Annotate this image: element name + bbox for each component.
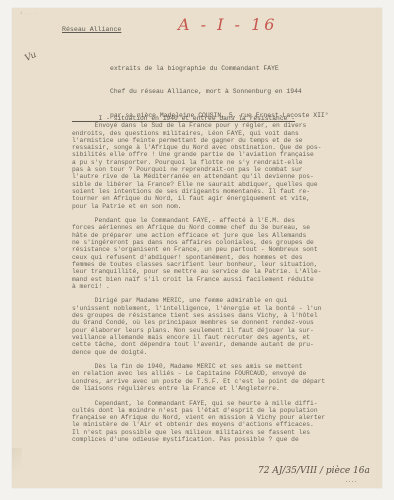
body-line: veillance allemande mais encore il faut …: [72, 334, 368, 341]
body-line: en relation avec les alliés - Le Capitai…: [72, 370, 368, 377]
body-line: leur tranquillité, pour se mettre au ser…: [72, 268, 368, 275]
body-line: Il n'est pas possible que les milieux mi…: [72, 429, 368, 436]
body-line: des groupes de résistance tient ses assi…: [72, 312, 368, 319]
archive-reference: 72 AJ/35/VIII / pièce 16a: [258, 466, 370, 476]
reference-code-handwritten: A - I - 16: [178, 15, 277, 34]
body-line: Envoyé dans le Sud de la France pour y r…: [72, 122, 368, 129]
body-line: Pendant que le Commandant FAYE,- affecté…: [72, 217, 368, 224]
header-line: Chef du réseau Alliance, mort à Sonnenbu…: [110, 88, 329, 95]
body-line: soient les intentions de ses dirigeants …: [72, 188, 368, 195]
body-line: [72, 290, 368, 297]
corner-mark: 1 . . .: [20, 12, 37, 16]
header-line: extraits de la biographie du Commandant …: [110, 65, 329, 72]
body-line: tourner en Afrique du Nord, il faut agir…: [72, 195, 368, 202]
body-line: Dès la fin de 1940, Madame MERIC et ses …: [72, 363, 368, 370]
body-line: a pu s'y transporter. Pourquoi la flotte…: [72, 159, 368, 166]
body-line: Londres, arrive avec un poste de T.S.F. …: [72, 378, 368, 385]
body-line: l'autre rive de la Méditerranée en atten…: [72, 173, 368, 180]
body-line: ceux qui refusent d'abdiquer! spontanéme…: [72, 254, 368, 261]
body-line: Dirigé par Madame MERIC, une femme admir…: [72, 297, 368, 304]
network-heading: Réseau Alliance: [62, 26, 121, 33]
body-line: forces aériennes en Afrique du Nord comm…: [72, 224, 368, 231]
body-line: cette tâche, dont dépendra tout l'avenir…: [72, 341, 368, 348]
section-title: I - situation en 1940 et entrée dans la …: [72, 115, 368, 122]
document-body: I - situation en 1940 et entrée dans la …: [72, 115, 368, 443]
body-line: dence que de doigté.: [72, 349, 368, 356]
page-fold: [12, 448, 22, 488]
body-line: du Grand Condé, où les principaux membre…: [72, 319, 368, 326]
body-line: ne s'ingéreront pas dans nos affaires co…: [72, 239, 368, 246]
body-line: complices d'une odieuse mystification. P…: [72, 436, 368, 443]
body-line: s'unissent noblement, l'intelligence, l'…: [72, 305, 368, 312]
body-line: pour élaborer leurs plans. Non seulement…: [72, 327, 368, 334]
body-line: sible de libérer la France? Elle ne saur…: [72, 181, 368, 188]
body-line: l'armistice une feinte permettant de gag…: [72, 137, 368, 144]
body-line: hâte de préparer une action efficace et …: [72, 232, 368, 239]
body-line: mand est bien naïf s'il croit la France …: [72, 276, 368, 283]
body-line: pour la Patrie et en son nom.: [72, 203, 368, 210]
body-line: [72, 392, 368, 399]
archive-dots: ....: [345, 478, 357, 484]
body-line: de liaisons régulières entre la France e…: [72, 385, 368, 392]
body-line: ressaisir, songe à l'Afrique du Nord ave…: [72, 144, 368, 151]
body-line: [72, 356, 368, 363]
body-line: Cependant, le Commandant FAYE, qui se he…: [72, 400, 368, 407]
body-line: le ministère de l'Air et obtenir des moy…: [72, 421, 368, 428]
body-line: cultés dont la moindre n'est pas l'état …: [72, 407, 368, 414]
body-line: femmes de toutes classes sacrifient leur…: [72, 261, 368, 268]
body-line: française en Afrique du Nord, vient en m…: [72, 414, 368, 421]
body-line: sibilités elle offre ! Une grande partie…: [72, 151, 368, 158]
body-line: pas à son tour ? Pourquoi ne reprendrait…: [72, 166, 368, 173]
body-line: résistance s'organisent en France, un pe…: [72, 246, 368, 253]
body-line: à merci! .: [72, 283, 368, 290]
body-line: endroits, des questions militaires, Léon…: [72, 130, 368, 137]
body-line: [72, 210, 368, 217]
